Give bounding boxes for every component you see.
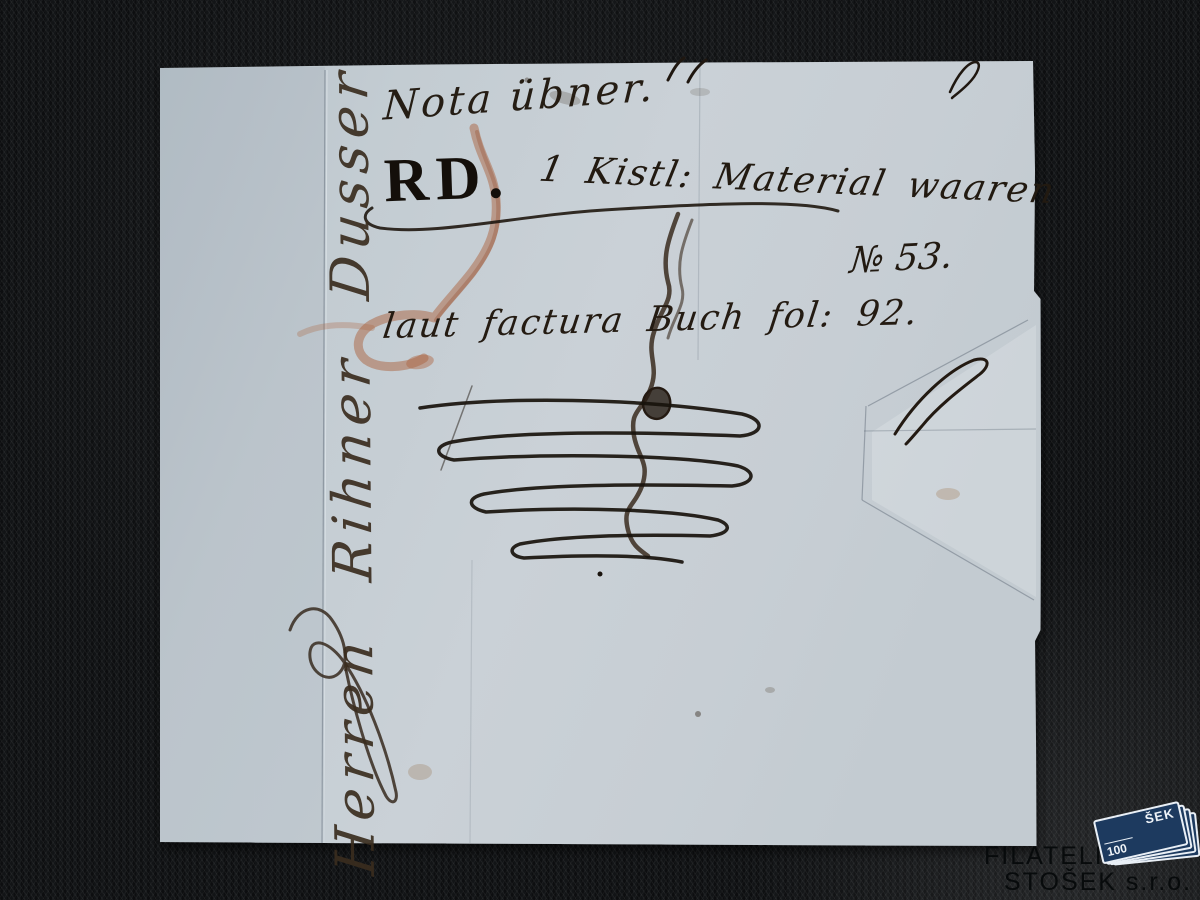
item-number-line: № 53. — [848, 235, 955, 282]
currency-label-rd: RD. — [383, 142, 511, 217]
vertical-address-line: Herren Rihner Dusser — [317, 62, 387, 877]
letter-photo-art — [0, 0, 1200, 900]
fabric-background: Nota übner. RD. 1 Kistl: Material waaren… — [0, 0, 1200, 900]
banknote-value-label: 100 — [1104, 837, 1136, 859]
paper-shading — [160, 67, 325, 843]
paraph-ink-dot — [598, 572, 603, 577]
banknote-currency-label: ŠEK — [1143, 805, 1175, 826]
